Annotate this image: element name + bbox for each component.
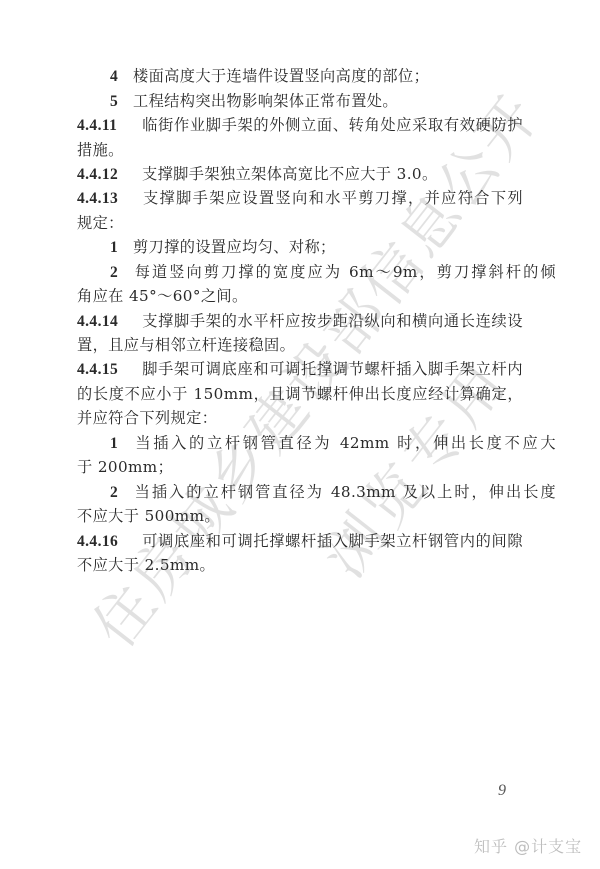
clause-line: 4.4.16可调底座和可调托撑螺杆插入脚手架立杆钢管内的间隙 <box>77 529 523 553</box>
clause-line: 4.4.12支撑脚手架独立架体高宽比不应大于 3.0。 <box>77 162 523 186</box>
line-text: 每道竖向剪刀撑的宽度应为 6m～9m，剪刀撑斜杆的倾 <box>133 263 556 281</box>
line-text: 支撑脚手架应设置竖向和水平剪刀撑，并应符合下列 <box>142 189 523 207</box>
continuation-line: 于 200mm； <box>77 455 523 479</box>
item-number: 4 <box>110 65 133 89</box>
line-text: 的长度不应小于 150mm，且调节螺杆伸出长度应经计算确定， <box>77 385 523 403</box>
clause-line: 4.4.11临街作业脚手架的外侧立面、转角处应采取有效硬防护 <box>77 113 523 137</box>
continuation-line: 规定： <box>77 211 523 235</box>
clause-line: 4.4.14支撑脚手架的水平杆应按步距沿纵向和横向通长连续设 <box>77 309 523 333</box>
line-text: 脚手架可调底座和可调托撑调节螺杆插入脚手架立杆内 <box>142 360 523 378</box>
continuation-line: 措施。 <box>77 138 523 162</box>
clause-number: 4.4.12 <box>77 163 142 187</box>
document-page: 住房城乡建设部信息公开 浏览专用 4楼面高度大于连墙件设置竖向高度的部位；5工程… <box>0 0 600 869</box>
list-item-line: 2每道竖向剪刀撑的宽度应为 6m～9m，剪刀撑斜杆的倾 <box>77 260 556 284</box>
clause-number: 4.4.16 <box>77 530 142 554</box>
clause-number: 4.4.13 <box>77 187 142 211</box>
continuation-line: 角应在 45°～60°之间。 <box>77 284 523 308</box>
continuation-line: 不应大于 2.5mm。 <box>77 553 523 577</box>
continuation-line: 的长度不应小于 150mm，且调节螺杆伸出长度应经计算确定， <box>77 382 523 406</box>
item-number: 5 <box>110 90 133 114</box>
line-text: 工程结构突出物影响架体正常布置处。 <box>133 92 398 110</box>
line-text: 支撑脚手架独立架体高宽比不应大于 3.0。 <box>142 165 438 183</box>
list-item-line: 1当插入的立杆钢管直径为 42mm 时，伸出长度不应大 <box>77 431 556 455</box>
line-text: 可调底座和可调托撑螺杆插入脚手架立杆钢管内的间隙 <box>142 532 523 550</box>
continuation-line: 不应大于 500mm。 <box>77 504 523 528</box>
line-text: 楼面高度大于连墙件设置竖向高度的部位； <box>133 67 429 85</box>
list-item-line: 5工程结构突出物影响架体正常布置处。 <box>77 89 556 113</box>
line-text: 不应大于 500mm。 <box>77 507 220 525</box>
list-item-line: 4楼面高度大于连墙件设置竖向高度的部位； <box>77 64 556 88</box>
zhihu-watermark: 知乎 @计支宝 <box>474 834 582 857</box>
line-text: 于 200mm； <box>77 458 173 476</box>
line-text: 支撑脚手架的水平杆应按步距沿纵向和横向通长连续设 <box>142 312 523 330</box>
continuation-line: 置，且应与相邻立杆连接稳固。 <box>77 333 523 357</box>
item-number: 2 <box>110 481 133 505</box>
clause-number: 4.4.15 <box>77 358 142 382</box>
list-item-line: 1剪刀撑的设置应均匀、对称； <box>77 235 556 259</box>
line-text: 角应在 45°～60°之间。 <box>77 287 248 305</box>
line-text: 临街作业脚手架的外侧立面、转角处应采取有效硬防护 <box>142 116 523 134</box>
line-text: 当插入的立杆钢管直径为 42mm 时，伸出长度不应大 <box>133 434 556 452</box>
item-number: 1 <box>110 236 133 260</box>
line-text: 当插入的立杆钢管直径为 48.3mm 及以上时，伸出长度 <box>133 483 556 501</box>
line-text: 并应符合下列规定： <box>77 409 217 427</box>
line-text: 不应大于 2.5mm。 <box>77 556 215 574</box>
clause-line: 4.4.13支撑脚手架应设置竖向和水平剪刀撑，并应符合下列 <box>77 186 523 210</box>
line-text: 措施。 <box>77 141 124 159</box>
item-number: 2 <box>110 261 133 285</box>
line-text: 规定： <box>77 214 124 232</box>
continuation-line: 并应符合下列规定： <box>77 406 523 430</box>
page-number: 9 <box>498 782 506 800</box>
list-item-line: 2当插入的立杆钢管直径为 48.3mm 及以上时，伸出长度 <box>77 480 556 504</box>
clause-number: 4.4.14 <box>77 310 142 334</box>
line-text: 置，且应与相邻立杆连接稳固。 <box>77 336 295 354</box>
clause-line: 4.4.15脚手架可调底座和可调托撑调节螺杆插入脚手架立杆内 <box>77 357 523 381</box>
clause-number: 4.4.11 <box>77 114 142 138</box>
item-number: 1 <box>110 432 133 456</box>
line-text: 剪刀撑的设置应均匀、对称； <box>133 238 336 256</box>
